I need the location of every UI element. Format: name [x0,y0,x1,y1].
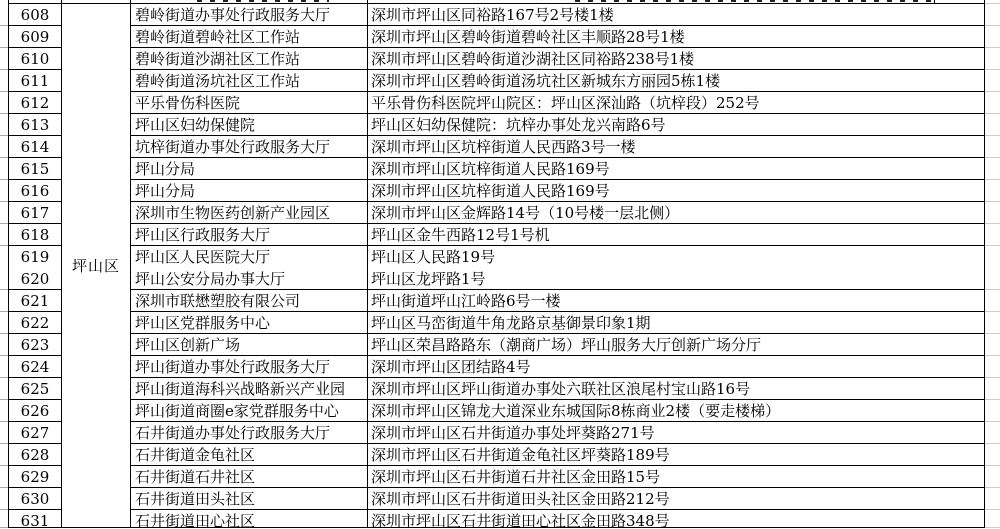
site-address-cell[interactable]: 深圳市坪山区坑梓街道人民路169号 [368,180,985,202]
row-number-cell[interactable]: 622 [8,312,62,334]
site-address-cell-text: 深圳市坪山区锦龙大道深业东城国际8栋商业2楼（要走楼梯） [371,400,984,421]
left-gutter-cell [0,4,8,26]
row-number-cell-text: 621 [9,290,61,311]
right-sliver-cell [985,136,1000,158]
right-sliver-cell [985,26,1000,48]
site-address-cell-text: 坪山区荣昌路路东（潮商广场）坪山服务大厅创新广场分厅 [371,334,984,355]
left-gutter-cell [0,444,8,466]
site-address-cell-text: 深圳市坪山区团结路4号 [371,356,984,377]
right-sliver-cell [985,290,1000,312]
site-address-cell[interactable]: 深圳市坪山区石井街道石井社区金田路15号 [368,466,985,488]
row-number-cell[interactable]: 624 [8,356,62,378]
site-address-cell-text: 坪山区妇幼保健院：坑梓办事处龙兴南路6号 [371,114,984,135]
site-name-cell-text: 坪山区人民医院大厅 [135,246,367,268]
site-name-cell-text: 石井街道田心社区 [135,510,367,527]
site-name-cell[interactable]: 坪山街道办事处行政服务大厅 [131,356,368,378]
right-sliver-cell [985,246,1000,290]
site-address-cell-text: 深圳市坪山区金辉路14号（10号楼一层北侧） [371,202,984,223]
site-address-cell[interactable]: 坪山街道坪山江岭路6号一楼 [368,290,985,312]
site-address-cell-text: 坪山街道坪山江岭路6号一楼 [371,290,984,311]
site-name-cell-text: 碧岭街道办事处行政服务大厅 [135,4,367,25]
district-merged-cell[interactable]: 坪山区 [62,4,131,528]
row-number-cell-text: 624 [9,356,61,377]
row-number-cell-text: 613 [9,114,61,135]
left-gutter-cell [0,422,8,444]
left-gutter-cell [0,158,8,180]
row-number-cell-text: 610 [9,48,61,69]
site-name-cell-text: 坪山公安分局办事大厅 [135,268,367,290]
site-address-cell[interactable]: 深圳市坪山区同裕路167号2号楼1楼 [368,4,985,26]
site-name-cell-text: 深圳市联懋塑胶有限公司 [135,290,367,311]
row-number-cell-text: 627 [9,422,61,443]
right-sliver-cell [985,4,1000,26]
site-address-cell[interactable]: 坪山区妇幼保健院：坑梓办事处龙兴南路6号 [368,114,985,136]
right-sliver-cell [985,510,1000,528]
site-address-cell-text: 坪山区人民路19号 [371,246,984,268]
row-number-cell[interactable]: 630 [8,488,62,510]
site-address-cell[interactable]: 深圳市坪山区团结路4号 [368,356,985,378]
row-number-cell-text: 616 [9,180,61,201]
row-number-cell-text: 626 [9,400,61,421]
site-name-cell-text: 平乐骨伤科医院 [135,92,367,113]
right-sliver-cell [985,180,1000,202]
row-number-cell-text: 628 [9,444,61,465]
site-address-cell[interactable]: 深圳市坪山区金辉路14号（10号楼一层北侧） [368,202,985,224]
row-number-cell[interactable]: 615 [8,158,62,180]
site-address-cell-text: 坪山区金牛西路12号1号机 [371,224,984,245]
site-address-cell-text: 坪山区龙坪路1号 [371,268,984,290]
site-name-cell-text: 石井街道田头社区 [135,488,367,509]
site-name-cell[interactable]: 石井街道金龟社区 [131,444,368,466]
right-sliver-cell [985,48,1000,70]
left-gutter-cell [0,510,8,528]
row-number-cell-text: 623 [9,334,61,355]
site-name-cell[interactable]: 碧岭街道沙湖社区工作站 [131,48,368,70]
site-address-cell-text: 深圳市坪山区石井街道田心社区金田路348号 [371,510,984,527]
right-sliver-cell [985,356,1000,378]
site-name-cell-text: 坪山区行政服务大厅 [135,224,367,245]
site-name-cell[interactable]: 坪山区人民医院大厅坪山公安分局办事大厅 [131,246,368,290]
site-name-cell-text: 坪山区创新广场 [135,334,367,355]
row-number-cell-text: 615 [9,158,61,179]
site-address-cell-text: 深圳市坪山区石井街道石井社区金田路15号 [371,466,984,487]
left-gutter-cell [0,114,8,136]
site-name-cell[interactable]: 石井街道办事处行政服务大厅 [131,422,368,444]
row-number-cell-text: 612 [9,92,61,113]
right-sliver-cell [985,466,1000,488]
site-name-cell[interactable]: 深圳市生物医药创新产业园区 [131,202,368,224]
site-address-cell[interactable]: 深圳市坪山区碧岭街道碧岭社区丰顺路28号1楼 [368,26,985,48]
left-gutter-cell [0,290,8,312]
left-gutter-cell [0,356,8,378]
site-name-cell-text: 坪山区党群服务中心 [135,312,367,333]
district-label: 坪山区 [72,255,120,277]
row-number-cell-text: 609 [9,26,61,47]
row-number-cell[interactable]: 614 [8,136,62,158]
site-name-cell-text: 坪山街道商圈e家党群服务中心 [135,400,367,421]
row-number-cell-text: 611 [9,70,61,91]
left-gutter-cell [0,224,8,246]
site-address-cell[interactable]: 坪山区荣昌路路东（潮商广场）坪山服务大厅创新广场分厅 [368,334,985,356]
row-number-cell[interactable]: 621 [8,290,62,312]
right-sliver-cell [985,70,1000,92]
row-number-cell[interactable]: 631 [8,510,62,528]
right-sliver-cell [985,312,1000,334]
site-address-cell[interactable]: 深圳市坪山区石井街道办事处坪葵路271号 [368,422,985,444]
right-sliver-cell [985,224,1000,246]
site-address-cell[interactable]: 坪山区金牛西路12号1号机 [368,224,985,246]
site-address-cell[interactable]: 深圳市坪山区碧岭街道汤坑社区新城东方丽园5栋1楼 [368,70,985,92]
site-name-cell[interactable]: 坪山区妇幼保健院 [131,114,368,136]
right-sliver-cell [985,202,1000,224]
site-address-cell-text: 深圳市坪山区碧岭街道沙湖社区同裕路238号1楼 [371,48,984,69]
row-number-cell[interactable]: 613 [8,114,62,136]
site-name-cell-text: 坪山分局 [135,180,367,201]
left-gutter-cell [0,488,8,510]
row-number-cell[interactable]: 625 [8,378,62,400]
site-address-cell-text: 深圳市坪山区坑梓街道人民西路3号一楼 [371,136,984,157]
row-number-cell[interactable]: 623 [8,334,62,356]
site-address-cell[interactable]: 深圳市坪山区碧岭街道沙湖社区同裕路238号1楼 [368,48,985,70]
site-name-cell-text: 坪山分局 [135,158,367,179]
site-address-cell[interactable]: 深圳市坪山区坪山街道办事处六联社区浪尾村宝山路16号 [368,378,985,400]
site-name-cell[interactable]: 坪山区党群服务中心 [131,312,368,334]
right-sliver-cell [985,158,1000,180]
left-gutter-cell [0,334,8,356]
site-name-cell-text: 坪山区妇幼保健院 [135,114,367,135]
site-name-cell-text: 坪山街道海科兴战略新兴产业园 [135,378,367,399]
left-gutter-cell [0,26,8,48]
left-gutter-cell [0,202,8,224]
site-address-cell[interactable]: 深圳市坪山区坑梓街道人民西路3号一楼 [368,136,985,158]
site-address-cell[interactable]: 坪山区马峦街道牛角龙路京基御景印象1期 [368,312,985,334]
row-number-cell-text: 608 [9,4,61,25]
site-name-cell[interactable]: 坪山分局 [131,180,368,202]
site-address-cell[interactable]: 深圳市坪山区石井街道田心社区金田路348号 [368,510,985,528]
right-sliver-cell [985,422,1000,444]
site-name-cell[interactable]: 石井街道石井社区 [131,466,368,488]
site-address-cell-text: 深圳市坪山区坪山街道办事处六联社区浪尾村宝山路16号 [371,378,984,399]
site-address-cell-text: 深圳市坪山区坑梓街道人民路169号 [371,180,984,201]
left-gutter-cell [0,92,8,114]
left-gutter-cell [0,48,8,70]
site-name-cell[interactable]: 碧岭街道汤坑社区工作站 [131,70,368,92]
row-number-cell-text: 629 [9,466,61,487]
cropped-text-remnant [575,0,931,2]
site-address-cell[interactable]: 深圳市坪山区石井街道金龟社区坪葵路189号 [368,444,985,466]
site-name-cell-text: 碧岭街道汤坑社区工作站 [135,70,367,91]
site-address-cell-text: 深圳市坪山区坑梓街道人民路169号 [371,158,984,179]
site-name-cell-text: 深圳市生物医药创新产业园区 [135,202,367,223]
site-name-cell[interactable]: 平乐骨伤科医院 [131,92,368,114]
left-gutter-cell [0,466,8,488]
row-number-cell-text: 622 [9,312,61,333]
right-sliver-cell [985,378,1000,400]
row-number-cell[interactable]: 611 [8,70,62,92]
row-number-cell[interactable]: 627 [8,422,62,444]
row-number-cell[interactable]: 628 [8,444,62,466]
site-address-cell[interactable]: 深圳市坪山区坑梓街道人民路169号 [368,158,985,180]
site-address-cell[interactable]: 坪山区人民路19号坪山区龙坪路1号 [368,246,985,290]
site-address-cell-text: 深圳市坪山区同裕路167号2号楼1楼 [371,4,984,25]
row-number-cell[interactable]: 626 [8,400,62,422]
right-sliver-cell [985,92,1000,114]
site-name-cell[interactable]: 坪山街道商圈e家党群服务中心 [131,400,368,422]
right-sliver-cell [985,400,1000,422]
site-address-cell-text: 深圳市坪山区石井街道办事处坪葵路271号 [371,422,984,443]
row-number-cell[interactable]: 612 [8,92,62,114]
site-name-cell[interactable]: 碧岭街道碧岭社区工作站 [131,26,368,48]
left-gutter-cell [0,400,8,422]
site-name-cell-text: 坪山街道办事处行政服务大厅 [135,356,367,377]
row-number-cell-text: 625 [9,378,61,399]
site-name-cell[interactable]: 深圳市联懋塑胶有限公司 [131,290,368,312]
row-number-cell-text: 631 [9,510,61,527]
site-address-cell-text: 深圳市坪山区石井街道金龟社区坪葵路189号 [371,444,984,465]
row-number-cell-text: 617 [9,202,61,223]
row-number-cell-text: 619 [9,246,61,268]
site-name-cell[interactable]: 坑梓街道办事处行政服务大厅 [131,136,368,158]
site-address-cell[interactable]: 深圳市坪山区锦龙大道深业东城国际8栋商业2楼（要走楼梯） [368,400,985,422]
row-number-cell-text: 620 [9,268,61,290]
locations-table: 坪山区 608碧岭街道办事处行政服务大厅深圳市坪山区同裕路167号2号楼1楼60… [0,0,1000,529]
site-address-cell-text: 坪山区马峦街道牛角龙路京基御景印象1期 [371,312,984,333]
row-number-cell[interactable]: 609 [8,26,62,48]
left-gutter-cell [0,378,8,400]
site-address-cell[interactable]: 深圳市坪山区石井街道田头社区金田路212号 [368,488,985,510]
row-number-cell-text: 614 [9,136,61,157]
site-name-cell-text: 石井街道石井社区 [135,466,367,487]
site-name-cell[interactable]: 石井街道田头社区 [131,488,368,510]
left-gutter-cell [0,136,8,158]
site-name-cell[interactable]: 碧岭街道办事处行政服务大厅 [131,4,368,26]
row-number-cell[interactable]: 608 [8,4,62,26]
site-name-cell[interactable]: 坪山区行政服务大厅 [131,224,368,246]
site-name-cell[interactable]: 坪山街道海科兴战略新兴产业园 [131,378,368,400]
row-number-cell[interactable]: 616 [8,180,62,202]
row-number-cell[interactable]: 610 [8,48,62,70]
site-address-cell[interactable]: 平乐骨伤科医院坪山院区：坪山区深汕路（坑梓段）252号 [368,92,985,114]
row-number-cell[interactable]: 619620 [8,246,62,290]
site-name-cell[interactable]: 石井街道田心社区 [131,510,368,528]
site-address-cell-text: 深圳市坪山区石井街道田头社区金田路212号 [371,488,984,509]
cropped-text-remnant [197,0,329,2]
left-gutter-cell [0,70,8,92]
left-gutter-cell [0,246,8,290]
site-address-cell-text: 深圳市坪山区碧岭街道碧岭社区丰顺路28号1楼 [371,26,984,47]
row-number-cell[interactable]: 617 [8,202,62,224]
site-name-cell[interactable]: 坪山分局 [131,158,368,180]
site-name-cell-text: 坑梓街道办事处行政服务大厅 [135,136,367,157]
row-number-cell-text: 618 [9,224,61,245]
right-sliver-cell [985,488,1000,510]
row-number-cell[interactable]: 618 [8,224,62,246]
site-name-cell-text: 碧岭街道碧岭社区工作站 [135,26,367,47]
site-address-cell-text: 平乐骨伤科医院坪山院区：坪山区深汕路（坑梓段）252号 [371,92,984,113]
right-sliver-cell [985,444,1000,466]
site-name-cell[interactable]: 坪山区创新广场 [131,334,368,356]
site-address-cell-text: 深圳市坪山区碧岭街道汤坑社区新城东方丽园5栋1楼 [371,70,984,91]
site-name-cell-text: 碧岭街道沙湖社区工作站 [135,48,367,69]
right-sliver-cell [985,114,1000,136]
left-gutter-cell [0,180,8,202]
site-name-cell-text: 石井街道办事处行政服务大厅 [135,422,367,443]
site-name-cell-text: 石井街道金龟社区 [135,444,367,465]
row-number-cell-text: 630 [9,488,61,509]
right-sliver-cell [985,334,1000,356]
row-number-cell[interactable]: 629 [8,466,62,488]
left-gutter-cell [0,312,8,334]
